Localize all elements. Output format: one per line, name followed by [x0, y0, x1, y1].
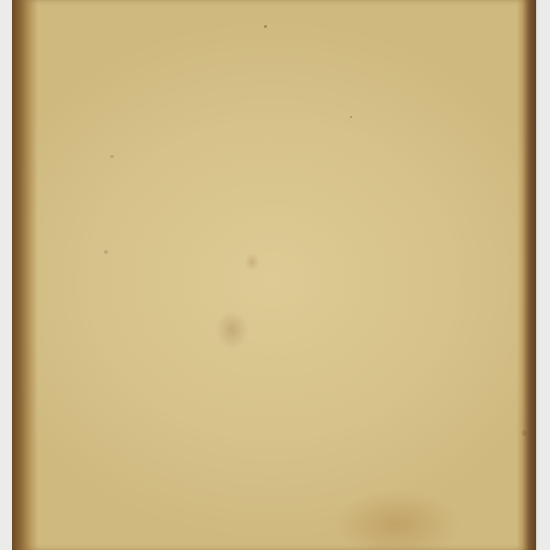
- foxing-spot: [104, 250, 108, 254]
- right-edge-stain: [517, 0, 539, 550]
- foxing-spot: [350, 116, 352, 118]
- scan-background: [0, 0, 550, 550]
- left-edge-stain: [12, 0, 38, 550]
- paper-page: [12, 0, 539, 550]
- foxing-spot: [264, 25, 267, 28]
- foxing-spot: [522, 430, 527, 436]
- foxing-spot: [110, 155, 114, 158]
